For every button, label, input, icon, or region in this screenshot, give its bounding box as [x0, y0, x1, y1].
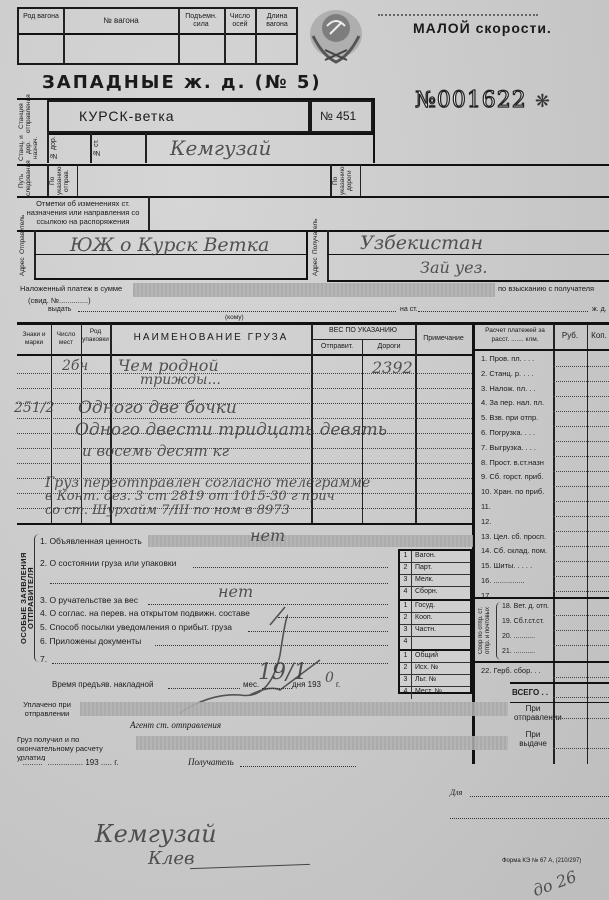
cod-railway-suffix: ж. д.: [592, 305, 607, 314]
shipment-group-3: 1Общий 2Исх. № 3Льг. № 4Мест. №: [400, 651, 470, 699]
on-departure-label: При отправлении: [514, 704, 552, 722]
departure-station-label: Станция отправления: [18, 100, 46, 133]
charge-item: 7. Выгрузка. . . .: [481, 443, 553, 458]
option-small: Мелк.: [412, 575, 434, 586]
charge-item: 5. Взв. при отпр.: [481, 413, 553, 428]
option-exceptional: Исх. №: [412, 663, 438, 674]
waybill-document: Род вагона № вагона Подъемн. сила Число …: [0, 0, 609, 900]
document-number: №001622 ❋: [415, 88, 551, 113]
option-number: 3: [400, 625, 412, 636]
signature-underline: [190, 864, 310, 869]
declaration-item-2: 2. О состоянии груза или упаковки: [40, 559, 176, 568]
declaration-item-1: 1. Объявленная ценность: [40, 537, 142, 546]
ornament-star-icon: ❋: [535, 91, 551, 112]
option-general: Общий: [412, 651, 438, 662]
option-number: 1: [400, 551, 412, 562]
cargo-note-line-7: в Конт. дез. 3 ст 2819 от 1015-30 г прич: [45, 489, 335, 504]
charge-item: 11.: [481, 502, 553, 517]
charges-list: 1. Пров. пл. . . . 2. Станц. р. . . . 3.…: [481, 354, 553, 606]
charge-item: 12.: [481, 517, 553, 532]
weight-road-header: Дороги: [363, 343, 415, 351]
option-number: 4: [400, 637, 412, 649]
weight-group-header: ВЕС ПО УКАЗАНИЮ: [312, 327, 414, 335]
corner-note-handwritten: до 26: [530, 867, 579, 900]
charge-item: 10. Хран. по приб.: [481, 487, 553, 502]
cod-label: Наложенный платеж в сумме: [20, 284, 122, 293]
departure-station-value: КУРСК-ветка: [79, 108, 175, 124]
option-number: 4: [400, 587, 412, 599]
option-batch: Парт.: [412, 563, 432, 574]
declaration-item-7: 7.: [40, 655, 47, 664]
postal-group-label: Сбор по отпр. ст. отпр. и почтовых: [478, 600, 496, 662]
declarations-side-label: ОСОБЫЕ ЗАЯВЛЕНИЯ ОТПРАВИТЕЛЯ: [20, 532, 32, 664]
agent-label: Агент ст. отправления: [130, 720, 221, 730]
station-number: № 451: [320, 109, 356, 123]
destination-handwritten: Кемгузай: [170, 136, 271, 160]
option-number: 2: [400, 663, 412, 674]
note-header: Примечание: [416, 335, 471, 343]
rub-header: Руб.: [555, 332, 585, 340]
option-coop: Кооп.: [412, 613, 433, 624]
packing-header: Род упаковки: [82, 328, 109, 344]
charge-item: 16. ...............: [481, 576, 553, 591]
cod-svid-label: (свид. №..............): [28, 296, 91, 305]
stamp-duty-item: 22. Герб. сбор. . .: [481, 666, 541, 675]
cargo-name-line-2: трижды...: [140, 372, 221, 388]
departure-station-field: КУРСК-ветка: [47, 100, 310, 133]
cargo-places-line-1: 2бч: [62, 358, 88, 374]
wagon-table: Род вагона № вагона Подъемн. сила Число …: [17, 7, 298, 65]
on-delivery-label: При выдаче: [514, 730, 552, 748]
kop-header: Коп.: [589, 332, 609, 340]
recipient-signature-label: Получатель: [188, 757, 234, 767]
charge-item: 15. Шиты. . . . .: [481, 561, 553, 576]
wagon-type-header: Род вагона: [21, 13, 61, 21]
option-number: 4: [400, 687, 412, 699]
cod-to-whom: (кому): [225, 313, 244, 322]
cargo-name-line-5: и восемь десят кг: [82, 442, 229, 460]
option-number: 2: [400, 563, 412, 574]
cargo-marks-line-3: 251/2: [14, 400, 54, 416]
option-private: Частн.: [412, 625, 436, 636]
charge-item: 14. Сб. склад. пом.: [481, 546, 553, 561]
option-privileged: Льг. №: [412, 675, 436, 686]
charge-item: 2. Станц. р. . . .: [481, 369, 553, 384]
charges-header: Расчет платежей за расст. ....... клм.: [478, 326, 552, 344]
charge-item: 3. Налож. пл. . .: [481, 384, 553, 399]
marks-header: Знаки и марки: [18, 331, 50, 347]
paid-at-departure-label: Уплачено при отправлении: [17, 700, 77, 718]
charge-item: 9. Сб. горст. приб.: [481, 472, 553, 487]
option-number: 3: [400, 575, 412, 586]
cargo-name-line-3: Одного две бочки: [78, 398, 237, 418]
recipient-address-label: Адрес: [312, 256, 326, 278]
charge-item: 4. За пер. нал. пл.: [481, 398, 553, 413]
shipment-group-2: 1Госуд. 2Кооп. 3Частн. 4: [400, 601, 470, 651]
station-number-label: № ст.: [93, 136, 105, 160]
declarations-brace: [34, 534, 39, 662]
option-number: 1: [400, 601, 412, 612]
soviet-emblem-icon: [305, 6, 367, 66]
charge-item: 6. Погрузка. . . .: [481, 428, 553, 443]
document-number-value: №001622: [415, 88, 527, 113]
charge-item: 13. Цел. сб. просп.: [481, 532, 553, 547]
axles-header: Число осей: [226, 13, 254, 29]
declared-value-field: [148, 535, 473, 547]
bottom-signature-handwritten: Кемгузай: [95, 820, 217, 848]
wagon-number-header: № вагона: [65, 17, 177, 25]
submission-time-label: Время предъяв. накладной: [52, 680, 153, 689]
option-blank: [412, 637, 415, 649]
shipment-group-1: 1Вагон. 2Парт. 3Мелк. 4Сборн.: [400, 551, 470, 601]
weight-guarantee-handwritten: нет: [218, 582, 253, 601]
cargo-note-line-8: со ст. Шурхайм 7/III по ном в 8973: [45, 503, 290, 518]
route-label: Путь следования: [18, 166, 46, 196]
destination-label: Станц. и дор. назнач.: [18, 134, 46, 162]
postal-group-brace: [496, 602, 501, 660]
bottom-signature-2-handwritten: Клев: [148, 848, 195, 869]
road-route-label: По указанию дороги: [332, 166, 358, 196]
weight-sender-header: Отправит.: [312, 343, 362, 351]
receipt-date-line: “.........” ................ 193 ..... г…: [20, 758, 118, 767]
declaration-item-6: 6. Приложены документы: [40, 637, 141, 646]
total-label: ВСЕГО . .: [512, 688, 548, 697]
recipient-address-handwritten: Зай уез.: [420, 258, 487, 277]
postal-charge-item: 20. ...........: [502, 632, 554, 647]
cargo-weight-line-1: 2392: [372, 358, 413, 377]
postal-charge-item: 21. ...........: [502, 647, 554, 662]
option-state: Госуд.: [412, 601, 435, 612]
charge-item: 8. Прост. в.ст.назн: [481, 458, 553, 473]
speed-type-prefix: [378, 14, 538, 16]
cod-amount-field: [133, 283, 495, 297]
cod-pay-label: выдать: [48, 305, 71, 314]
wagon-length-header: Длина вагона: [257, 13, 297, 29]
sender-route-label: По указанию отправ.: [49, 166, 75, 196]
road-number-label: № дор.: [50, 136, 62, 160]
places-header: Число мест: [52, 331, 80, 347]
recipient-handwritten: Узбекистан: [360, 232, 483, 254]
option-number: 2: [400, 613, 412, 624]
form-code: Форма КЭ № 67 А, (210/297): [502, 857, 581, 866]
received-paid-field: [136, 736, 508, 750]
speed-type-title: МАЛОЙ скорости.: [413, 20, 552, 36]
declaration-item-3: 3. О ручательстве за вес: [40, 596, 138, 605]
sender-label: Отправитель: [19, 232, 33, 254]
option-wagon: Вагон.: [412, 551, 436, 562]
lifting-capacity-header: Подъемн. сила: [180, 13, 222, 29]
cod-recovery-label: по взысканию с получателя: [498, 284, 594, 293]
declared-value-handwritten: нет: [250, 526, 285, 545]
cod-station-label: на ст.: [400, 305, 418, 314]
paid-at-departure-field: [80, 702, 508, 716]
charge-item: 1. Пров. пл. . . .: [481, 354, 553, 369]
cargo-name-header: НАИМЕНОВАНИЕ ГРУЗА: [112, 332, 310, 343]
changes-label: Отметки об изменениях ст. назначения или…: [20, 199, 146, 226]
shipment-type-grid: 1Вагон. 2Парт. 3Мелк. 4Сборн. 1Госуд. 2К…: [398, 549, 472, 694]
option-number: 1: [400, 651, 412, 662]
postal-charge-item: 19. Сб.г.ст.ст.: [502, 617, 554, 632]
sender-address-label: Адрес: [19, 256, 33, 278]
cargo-name-line-4: Одного двести тридцать девять: [75, 420, 387, 440]
option-local: Мест. №: [412, 687, 442, 699]
option-consolidated: Сборн.: [412, 587, 438, 599]
recipient-label: Получатель: [312, 232, 326, 254]
option-number: 3: [400, 675, 412, 686]
for-label: Для: [450, 788, 462, 797]
railway-title: ЗАПАДНЫЕ ж. д. (№ 5): [42, 72, 322, 93]
station-number-box: № 451: [310, 100, 373, 133]
postal-charge-item: 18. Вет. д. отп.: [502, 602, 554, 617]
postal-charges-list: 18. Вет. д. отп. 19. Сб.г.ст.ст. 20. ...…: [502, 602, 554, 662]
